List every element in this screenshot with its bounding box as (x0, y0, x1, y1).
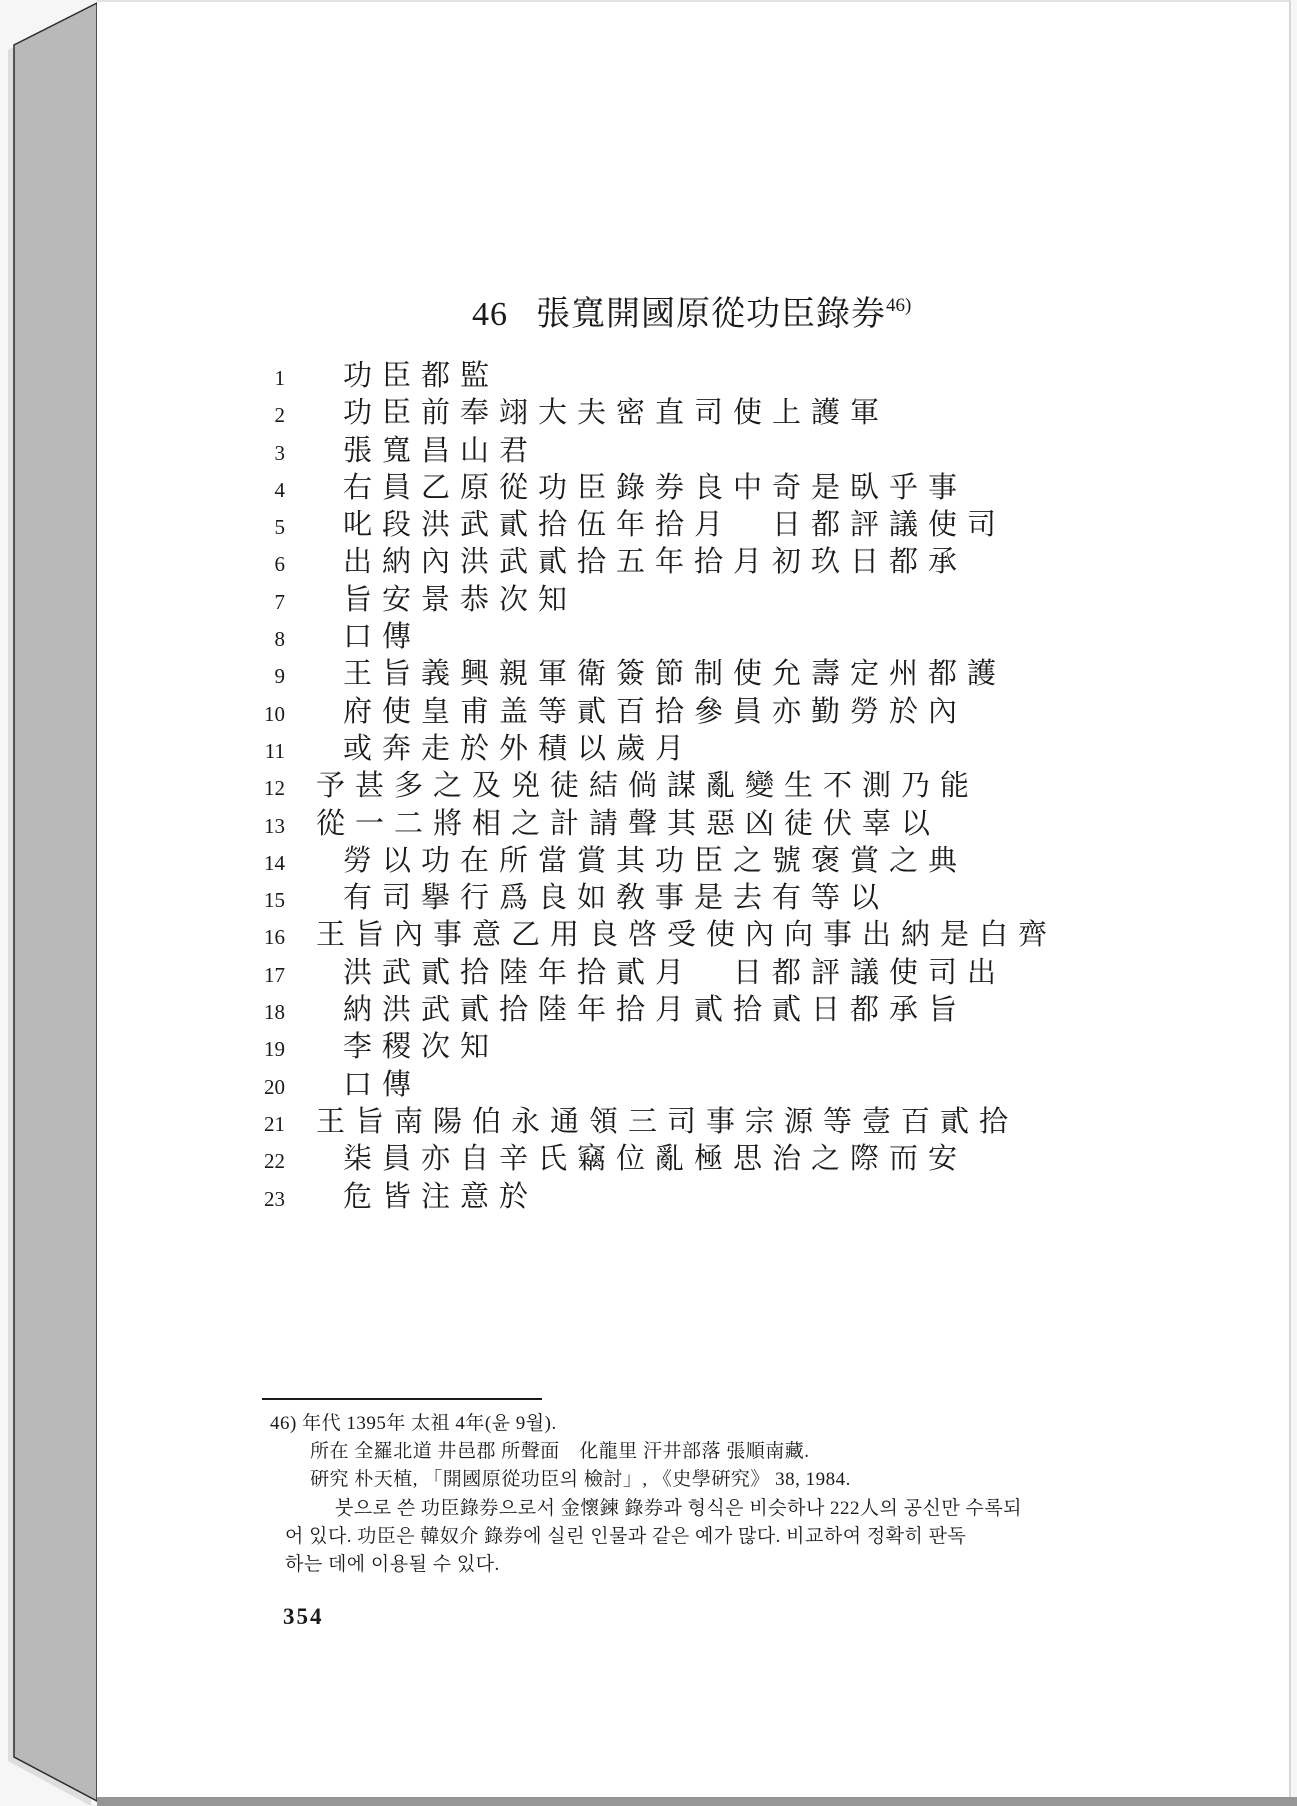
line-number: 6 (247, 552, 285, 577)
line-number: 15 (247, 888, 285, 913)
text-line: 12予甚多之及兇徒結倘謀亂變生不測乃能 (97, 768, 1197, 805)
line-text: 勞以功在所當賞其功臣之號褒賞之典 (343, 843, 967, 880)
line-text: 右員乙原從功臣錄券良中奇是臥乎事 (343, 470, 967, 507)
line-text: 府使皇甫盖等貳百拾參員亦勤勞於內 (343, 694, 967, 731)
line-text: 柒員亦自辛氏竊位亂極思治之際而安 (343, 1141, 967, 1178)
line-text: 納洪武貳拾陸年拾月貳拾貳日都承旨 (343, 992, 967, 1029)
text-line: 1功臣都監 (97, 358, 1197, 395)
line-text: 從一二將相之計請聲其惡凶徒伏辜以 (316, 806, 940, 843)
line-number: 21 (247, 1112, 285, 1137)
text-line: 11或奔走於外積以歲月 (97, 731, 1197, 768)
text-line: 23危皆注意於 (97, 1179, 1197, 1216)
line-text: 危皆注意於 (343, 1179, 538, 1216)
line-number: 10 (247, 702, 285, 727)
line-text: 功臣都監 (343, 358, 499, 395)
text-line: 10府使皇甫盖等貳百拾參員亦勤勞於內 (97, 694, 1197, 731)
line-text: 旨安景恭次知 (343, 582, 577, 619)
line-number: 23 (247, 1187, 285, 1212)
line-text: 張寬昌山君 (343, 433, 538, 470)
line-number: 8 (247, 627, 285, 652)
text-line: 7旨安景恭次知 (97, 582, 1197, 619)
line-number: 17 (247, 963, 285, 988)
text-line: 19李稷次知 (97, 1029, 1197, 1066)
line-text: 口傳 (343, 1067, 421, 1104)
text-line: 5叱段洪武貳拾伍年拾月 日都評議使司 (97, 507, 1197, 544)
scanned-book-page: 46張寬開國原從功臣錄券46) 1功臣都監2功臣前奉翊大夫密直司使上護軍3張寬昌… (0, 0, 1297, 1806)
line-number: 12 (247, 776, 285, 801)
line-text: 出納內洪武貳拾五年拾月初玖日都承 (343, 544, 967, 581)
line-text: 口傳 (343, 619, 421, 656)
title-entry-number: 46 (472, 296, 508, 333)
footnote-line: 硏究 朴天植, 「開國原從功臣의 檢討」, 《史學硏究》 38, 1984. (310, 1466, 1197, 1494)
line-text: 王旨義興親軍衛簽節制使允壽定州都護 (343, 656, 1006, 693)
line-number: 1 (247, 366, 285, 391)
footnote: 46) 年代 1395年 太祖 4年(윤 9월).所在 全羅北道 井邑郡 所聲面… (97, 1410, 1197, 1579)
line-number: 19 (247, 1037, 285, 1062)
line-number: 18 (247, 1000, 285, 1025)
text-line: 9王旨義興親軍衛簽節制使允壽定州都護 (97, 656, 1197, 693)
line-text: 有司擧行爲良如敎事是去有等以 (343, 880, 889, 917)
title-footnote-ref: 46) (886, 295, 911, 316)
text-line: 17洪武貳拾陸年拾貳月 日都評議使司出 (97, 955, 1197, 992)
line-text: 叱段洪武貳拾伍年拾月 日都評議使司 (343, 507, 1006, 544)
line-number: 20 (247, 1075, 285, 1100)
line-text: 予甚多之及兇徒結倘謀亂變生不測乃能 (316, 768, 979, 805)
text-line: 14勞以功在所當賞其功臣之號褒賞之典 (97, 843, 1197, 880)
line-text: 或奔走於外積以歲月 (343, 731, 694, 768)
page: 46張寬開國原從功臣錄券46) 1功臣都監2功臣前奉翊大夫密直司使上護軍3張寬昌… (97, 0, 1291, 1799)
footnote-line: 46) 年代 1395年 太祖 4年(윤 9월). (270, 1410, 1197, 1438)
line-number: 14 (247, 851, 285, 876)
text-line: 6出納內洪武貳拾五年拾月初玖日都承 (97, 544, 1197, 581)
text-line: 13從一二將相之計請聲其惡凶徒伏辜以 (97, 806, 1197, 843)
text-line: 3張寬昌山君 (97, 433, 1197, 470)
page-number: 354 (283, 1604, 324, 1630)
line-number: 3 (247, 441, 285, 466)
text-line: 22柒員亦自辛氏竊位亂極思治之際而安 (97, 1141, 1197, 1178)
text-lines: 1功臣都監2功臣前奉翊大夫密直司使上護軍3張寬昌山君4右員乙原從功臣錄券良中奇是… (97, 358, 1197, 1216)
text-line: 18納洪武貳拾陸年拾月貳拾貳日都承旨 (97, 992, 1197, 1029)
book-bottom-edge (97, 1797, 1297, 1806)
title-text: 張寬開國原從功臣錄券 (536, 296, 886, 333)
text-line: 15有司擧行爲良如敎事是去有等以 (97, 880, 1197, 917)
footnote-line: 所在 全羅北道 井邑郡 所聲面 化龍里 汗井部落 張順南藏. (310, 1438, 1197, 1466)
footnote-line: 붓으로 쓴 功臣錄券으로서 金懷鍊 錄券과 형식은 비슷하나 222人의 공신만… (335, 1495, 1197, 1523)
page-title: 46張寬開國原從功臣錄券46) (415, 248, 911, 373)
line-text: 功臣前奉翊大夫密直司使上護軍 (343, 395, 889, 432)
line-number: 13 (247, 814, 285, 839)
line-number: 7 (247, 590, 285, 615)
line-number: 11 (247, 739, 285, 764)
text-line: 21王旨南陽伯永通領三司事宗源等壹百貳拾 (97, 1104, 1197, 1141)
line-number: 5 (247, 515, 285, 540)
line-number: 4 (247, 478, 285, 503)
footnote-rule (262, 1398, 542, 1400)
line-text: 洪武貳拾陸年拾貳月 日都評議使司出 (343, 955, 1006, 992)
line-number: 16 (247, 925, 285, 950)
text-line: 20口傳 (97, 1067, 1197, 1104)
line-text: 王旨南陽伯永通領三司事宗源等壹百貳拾 (316, 1104, 1018, 1141)
line-number: 9 (247, 664, 285, 689)
text-line: 2功臣前奉翊大夫密直司使上護軍 (97, 395, 1197, 432)
footnote-line: 하는 데에 이용될 수 있다. (285, 1551, 1197, 1579)
text-line: 4右員乙原從功臣錄券良中奇是臥乎事 (97, 470, 1197, 507)
line-text: 李稷次知 (343, 1029, 499, 1066)
footnote-line: 어 있다. 功臣은 韓奴介 錄券에 실린 인물과 같은 예가 많다. 비교하여 … (285, 1523, 1197, 1551)
text-line: 16王旨內事意乙用良啓受使內向事出納是白齊 (97, 917, 1197, 954)
line-text: 王旨內事意乙用良啓受使內向事出納是白齊 (316, 917, 1057, 954)
spine-face (14, 3, 97, 1801)
line-number: 2 (247, 403, 285, 428)
line-number: 22 (247, 1149, 285, 1174)
text-line: 8口傳 (97, 619, 1197, 656)
